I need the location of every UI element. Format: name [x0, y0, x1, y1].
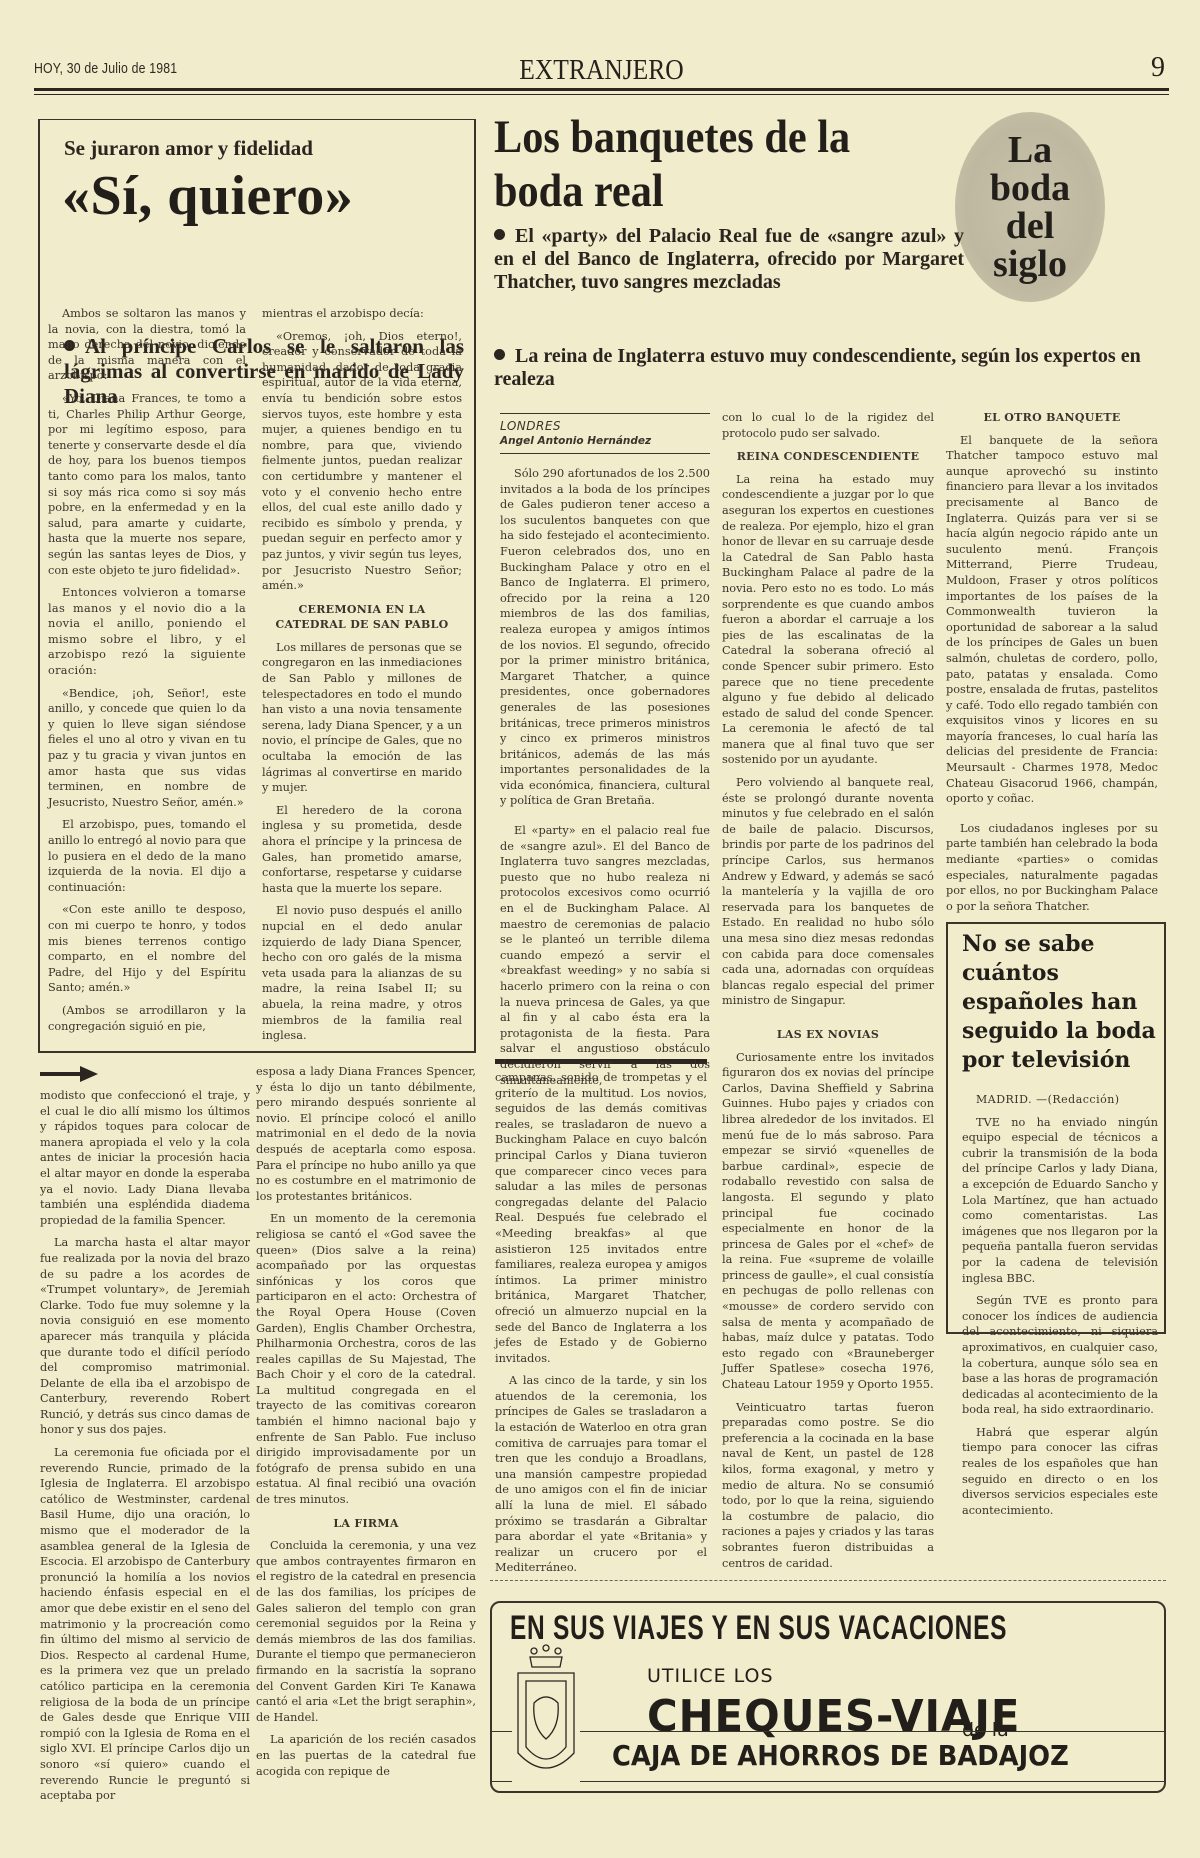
ad-line-2: UTILICE LOS	[647, 1665, 774, 1687]
ad-line-3-suffix: de la	[962, 1719, 1009, 1741]
divider	[490, 1580, 1166, 1581]
paragraph: El banquete de la señora Thatcher tampoc…	[946, 433, 1158, 807]
paragraph: Veinticuatro tartas fueron preparadas co…	[722, 1400, 934, 1572]
subhead-otro-banquete: EL OTRO BANQUETE	[946, 410, 1158, 426]
boda-del-siglo-seal: La boda del siglo	[955, 112, 1105, 302]
tv-body: MADRID. —(Redacción) TVE no ha enviado n…	[962, 1092, 1158, 1525]
ad-line-4: CAJA DE AHORROS DE BADAJOZ	[612, 1739, 1069, 1772]
paragraph: «Oremos, ¡oh, Dios eterno!, creador y co…	[262, 329, 462, 594]
article-kicker: Se juraron amor y fidelidad	[64, 136, 313, 161]
paragraph: A las cinco de la tarde, y sin los atuen…	[495, 1373, 707, 1576]
banquetes-headline: Los banquetes de la boda real	[494, 110, 872, 218]
paragraph: «Con este anillo te desposo, con mi cuer…	[48, 902, 246, 996]
banquetes-column-2: con lo cual lo de la rigidez del protoco…	[722, 410, 934, 1578]
banquetes-deck-1: El «party» del Palacio Real fue de «sang…	[494, 225, 964, 294]
paragraph: con lo cual lo de la rigidez del protoco…	[722, 410, 934, 441]
paragraph: Según TVE es pronto para conocer los índ…	[962, 1293, 1158, 1418]
subhead-firma: LA FIRMA	[256, 1516, 476, 1532]
section-title: EXTRANJERO	[102, 54, 1101, 87]
paragraph: (Ambos se arrodillaron y la congregación…	[48, 1003, 246, 1034]
banquetes-column-3: EL OTRO BANQUETE El banquete de la señor…	[946, 410, 1158, 921]
paragraph: Curiosamente entre los invitados figurar…	[722, 1050, 934, 1393]
paragraph: campanas, sonido de trompetas y el grite…	[495, 1070, 707, 1366]
tv-article-box: No se sabe cuántos españoles han seguido…	[946, 922, 1166, 1334]
byline-author: Angel Antonio Hernández	[500, 435, 710, 447]
paragraph: Pero volviendo al banquete real, éste se…	[722, 775, 934, 1009]
article-headline: «Sí, quiero»	[62, 164, 353, 228]
dateline: MADRID. —(Redacción)	[962, 1092, 1158, 1108]
subhead-reina: REINA CONDESCENDIENTE	[722, 449, 934, 465]
paragraph: esposa a lady Diana Frances Spencer, y é…	[256, 1064, 476, 1204]
paragraph: El novio puso después el anillo nupcial …	[262, 903, 462, 1043]
ad-rule	[492, 1781, 1164, 1782]
byline-place: LONDRES	[500, 419, 710, 433]
masthead: HOY, 30 de Julio de 1981 EXTRANJERO 9	[34, 52, 1169, 92]
paragraph: El heredero de la corona inglesa y su pr…	[262, 803, 462, 897]
paragraph: Los ciudadanos ingleses por su parte tam…	[946, 821, 1158, 915]
coat-of-arms-icon	[512, 1643, 580, 1787]
paragraph: En un momento de la ceremonia religiosa …	[256, 1211, 476, 1507]
paragraph: La ceremonia fue oficiada por el reveren…	[40, 1445, 250, 1804]
paragraph: TVE no ha enviado ningún equipo especial…	[962, 1115, 1158, 1287]
page-number: 9	[1151, 52, 1165, 84]
paragraph: «Bendice, ¡oh, Señor!, este anillo, y co…	[48, 686, 246, 811]
subhead-catedral: CEREMONIA EN LA CATEDRAL DE SAN PABLO	[262, 602, 462, 633]
paragraph: «Yo, Diana Frances, te tomo a ti, Charle…	[48, 391, 246, 578]
banquetes-deck-2: La reina de Inglaterra estuvo muy condes…	[494, 345, 1154, 391]
newspaper-page: HOY, 30 de Julio de 1981 EXTRANJERO 9 Se…	[0, 0, 1200, 1858]
paragraph: Sólo 290 afortunados de los 2.500 invita…	[500, 466, 710, 809]
arrow-right-icon	[40, 1066, 98, 1082]
tv-headline: No se sabe cuántos españoles han seguido…	[962, 930, 1162, 1075]
paragraph: Habrá que esperar algún tiempo para cono…	[962, 1425, 1158, 1519]
bullet-icon	[494, 229, 505, 240]
paragraph: El «party» en el palacio real fue de «sa…	[500, 823, 710, 1088]
paragraph: Concluida la ceremonia, y una vez que am…	[256, 1538, 476, 1725]
paragraph: Ambos se soltaron las manos y la novia, …	[48, 306, 246, 384]
paragraph: La aparición de los recién casados en la…	[256, 1732, 476, 1779]
advertisement-cheques-viaje: EN SUS VIAJES Y EN SUS VACACIONES UTILIC…	[490, 1601, 1166, 1793]
article-column-2: mientras el arzobispo decía: «Oremos, ¡o…	[262, 306, 462, 1051]
subhead-exnovias: LAS EX NOVIAS	[722, 1027, 934, 1043]
byline: LONDRES Angel Antonio Hernández	[500, 413, 710, 454]
article-column-1: Ambos se soltaron las manos y la novia, …	[48, 306, 246, 1041]
ad-line-1: EN SUS VIAJES Y EN SUS VACACIONES	[510, 1609, 1007, 1648]
paragraph: La marcha hasta el altar mayor fue reali…	[40, 1235, 250, 1438]
paragraph: El arzobispo, pues, tomando el anillo lo…	[48, 817, 246, 895]
masthead-rule	[34, 88, 1169, 95]
paragraph: Los millares de personas que se congrega…	[262, 640, 462, 796]
paragraph: modisto que confeccionó el traje, y el c…	[40, 1088, 250, 1228]
banquetes-column-1: Sólo 290 afortunados de los 2.500 invita…	[500, 466, 710, 1095]
paragraph: mientras el arzobispo decía:	[262, 306, 462, 322]
paragraph: Entonces volvieron a tomarse las manos y…	[48, 585, 246, 679]
ad-rule	[492, 1731, 1164, 1732]
bullet-icon	[494, 349, 505, 360]
continuation-column-1: modisto que confeccionó el traje, y el c…	[40, 1088, 250, 1811]
article-si-quiero-box: Se juraron amor y fidelidad «Sí, quiero»…	[38, 119, 476, 1053]
paragraph: La reina ha estado muy condescendiente a…	[722, 472, 934, 768]
continuation-column-2: esposa a lady Diana Frances Spencer, y é…	[256, 1064, 476, 1786]
continuation-column-3: campanas, sonido de trompetas y el grite…	[495, 1070, 707, 1583]
